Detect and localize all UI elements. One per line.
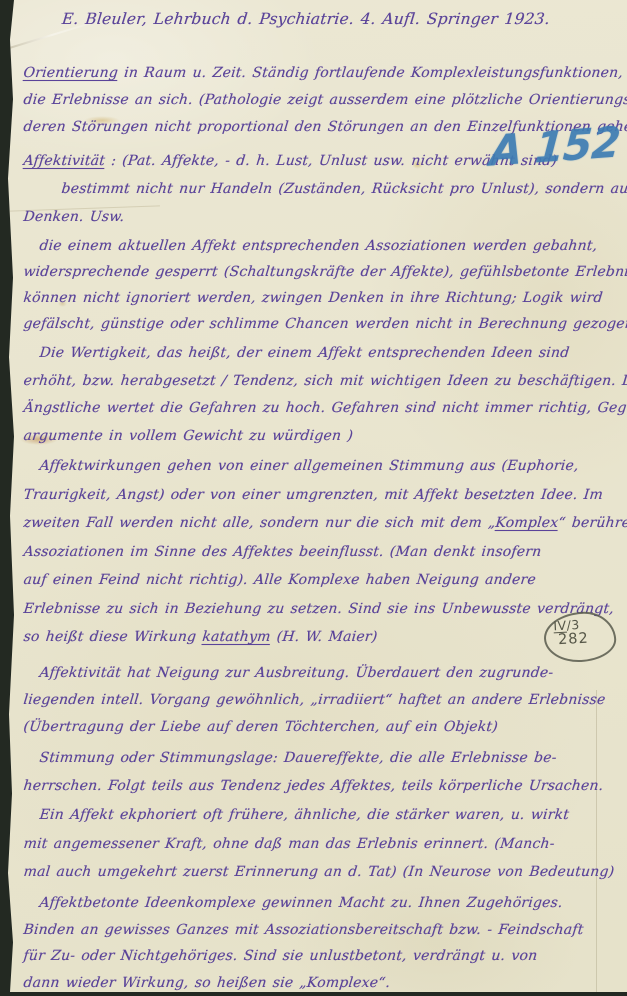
handwritten-line: für Zu- oder Nichtgehöriges. Sind sie un… — [22, 943, 620, 970]
handwritten-line: argumente in vollem Gewicht zu würdigen … — [22, 423, 620, 451]
handwritten-line: widersprechende gesperrt (Schaltungskräf… — [22, 259, 620, 285]
handwritten-line: zweiten Fall werden nicht alle, sondern … — [22, 509, 620, 538]
handwritten-line: mit angemessener Kraft, ohne daß man das… — [22, 830, 620, 859]
handwritten-line: die einem aktuellen Affekt entsprechende… — [22, 233, 620, 259]
handwritten-line: (Übertragung der Liebe auf deren Töchter… — [22, 714, 620, 741]
handwritten-line: herrschen. Folgt teils aus Tendenz jedes… — [22, 772, 620, 800]
paragraph: Affektwirkungen gehen von einer allgemei… — [22, 452, 617, 652]
paragraph: Affektivität hat Neigung zur Ausbreitung… — [22, 660, 617, 741]
paragraph: Stimmung oder Stimmungslage: Dauereffekt… — [22, 744, 617, 800]
handwritten-line: Denken. Usw. — [22, 203, 620, 231]
handwritten-line: mal auch umgekehrt zuerst Erinnerung an … — [22, 858, 620, 887]
handwritten-line: so heißt diese Wirkung katathym (H. W. M… — [22, 623, 620, 652]
handwritten-line: Affektivität hat Neigung zur Ausbreitung… — [22, 660, 620, 687]
handwritten-line: liegenden intell. Vorgang gewöhnlich, „i… — [22, 687, 620, 714]
handwritten-line: Erlebnisse zu sich in Beziehung zu setze… — [22, 595, 620, 624]
paragraph: die einem aktuellen Affekt entsprechende… — [22, 233, 617, 337]
handwritten-line: Ängstliche wertet die Gefahren zu hoch. … — [22, 395, 620, 423]
paragraph: Affektbetonte Ideenkomplexe gewinnen Mac… — [22, 890, 617, 992]
paragraph: Die Wertigkeit, das heißt, der einem Aff… — [22, 340, 617, 450]
handwritten-line: Binden an gewisses Ganzes mit Assoziatio… — [22, 917, 620, 944]
handwritten-line: Assoziationen im Sinne des Affektes beei… — [22, 538, 620, 567]
handwritten-line: Stimmung oder Stimmungslage: Dauereffekt… — [22, 744, 620, 772]
handwritten-line: können nicht ignoriert werden, zwingen D… — [22, 285, 620, 311]
manuscript-page: E. Bleuler, Lehrbuch d. Psychiatrie. 4. … — [0, 0, 627, 992]
handwritten-line: gefälscht, günstige oder schlimme Chance… — [22, 311, 620, 337]
handwritten-line: erhöht, bzw. herabgesetzt / Tendenz, sic… — [22, 368, 620, 396]
handwritten-line: Traurigkeit, Angst) oder von einer umgre… — [22, 481, 620, 510]
catalog-number-annotation: A 152 — [488, 117, 621, 175]
handwritten-line: auf einen Feind nicht richtig). Alle Kom… — [22, 566, 620, 595]
handwritten-line: Die Wertigkeit, das heißt, der einem Aff… — [22, 340, 620, 368]
handwritten-line: die Erlebnisse an sich. (Pathologie zeig… — [22, 87, 620, 114]
handwritten-line: Affektbetonte Ideenkomplexe gewinnen Mac… — [22, 890, 620, 917]
handwritten-line: Orientierung in Raum u. Zeit. Ständig fo… — [22, 60, 620, 87]
handwritten-line: bestimmt nicht nur Handeln (Zuständen, R… — [22, 175, 620, 203]
handwritten-line: dann wieder Wirkung, so heißen sie „Komp… — [22, 970, 620, 993]
handwritten-line: Affektwirkungen gehen von einer allgemei… — [22, 452, 620, 481]
paragraph: Ein Affekt ekphoriert oft frühere, ähnli… — [22, 801, 617, 887]
handwritten-line: Ein Affekt ekphoriert oft frühere, ähnli… — [22, 801, 620, 830]
